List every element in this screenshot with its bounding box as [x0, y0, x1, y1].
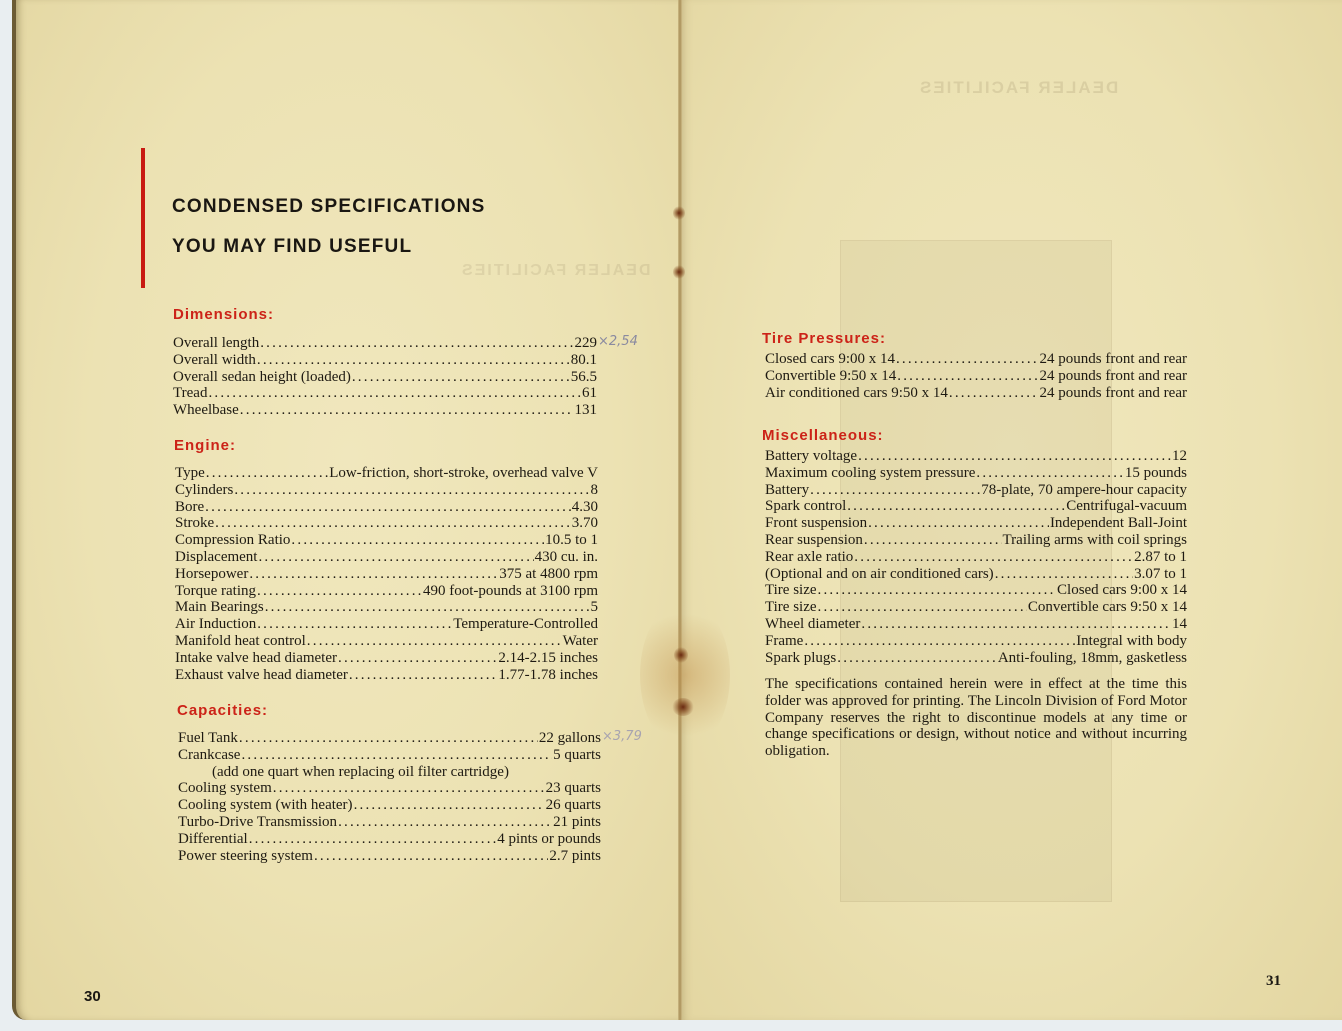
spec-value: Anti-fouling, 18mm, gasketless: [998, 650, 1187, 667]
spec-value: 78-plate, 70 ampere-hour capacity: [981, 482, 1187, 499]
spec-row: Cylinders8: [175, 482, 598, 499]
stain-halo: [640, 600, 730, 750]
spec-label: Convertible 9:50 x 14: [765, 368, 896, 385]
spec-row: Tire sizeConvertible cars 9:50 x 14: [765, 599, 1187, 616]
spec-value: 3.07 to 1: [1134, 566, 1187, 583]
spec-label: Compression Ratio: [175, 532, 290, 549]
spec-value: 15 pounds: [1125, 465, 1187, 482]
spec-value: 430 cu. in.: [535, 549, 598, 566]
spec-row: (Optional and on air conditioned cars)3.…: [765, 566, 1187, 583]
spec-row: Tread61: [173, 385, 597, 402]
spec-row: Closed cars 9:00 x 1424 pounds front and…: [765, 351, 1187, 368]
stain-mark: [673, 206, 685, 220]
spec-row: Turbo-Drive Transmission21 pints: [178, 814, 601, 831]
spec-row: Cooling system (with heater)26 quarts: [178, 797, 601, 814]
spec-row: Bore4.30: [175, 499, 598, 516]
spec-row: Tire sizeClosed cars 9:00 x 14: [765, 582, 1187, 599]
page-number-right: 31: [1266, 973, 1281, 990]
spec-row: Air InductionTemperature-Controlled: [175, 616, 598, 633]
spec-label: Spark control: [765, 498, 846, 515]
spec-row: Maximum cooling system pressure15 pounds: [765, 465, 1187, 482]
section-title-capacities: Capacities:: [177, 702, 268, 719]
spec-row: Differential4 pints or pounds: [178, 831, 601, 848]
spec-row: Horsepower375 at 4800 rpm: [175, 566, 598, 583]
spec-value: 14: [1172, 616, 1187, 633]
spec-row: Air conditioned cars 9:50 x 1424 pounds …: [765, 385, 1187, 402]
spec-row: TypeLow-friction, short-stroke, overhead…: [175, 465, 598, 482]
spec-row: Intake valve head diameter2.14-2.15 inch…: [175, 650, 598, 667]
spec-label: Spark plugs: [765, 650, 836, 667]
spec-value: Closed cars 9:00 x 14: [1057, 582, 1187, 599]
page-number-left: 30: [84, 988, 101, 1005]
spec-value: Independent Ball-Joint: [1050, 515, 1187, 532]
spec-value: 131: [575, 402, 598, 419]
accent-bar: [141, 148, 145, 288]
page-title: CONDENSED SPECIFICATIONS: [172, 196, 485, 218]
spec-label: Cooling system (with heater): [178, 797, 353, 814]
spec-label: Crankcase: [178, 747, 240, 764]
spec-label: Tread: [173, 385, 207, 402]
spec-row: Wheelbase131: [173, 402, 597, 419]
spec-label: Main Bearings: [175, 599, 264, 616]
spec-label: Wheelbase: [173, 402, 239, 419]
spec-row: Manifold heat controlWater: [175, 633, 598, 650]
binding-gutter: [678, 0, 682, 1020]
spec-label: Front suspension: [765, 515, 867, 532]
stain-mark: [673, 265, 685, 279]
spec-value: 8: [591, 482, 599, 499]
spec-value: Integral with body: [1076, 633, 1187, 650]
spec-row: Spark controlCentrifugal-vacuum: [765, 498, 1187, 515]
spec-value: 23 quarts: [546, 780, 601, 797]
spec-label: Tire size: [765, 582, 817, 599]
spec-value: Centrifugal-vacuum: [1066, 498, 1187, 515]
handwritten-note: ×2,54: [598, 334, 638, 349]
spec-note: (add one quart when replacing oil filter…: [178, 764, 601, 781]
spec-value: Low-friction, short-stroke, overhead val…: [329, 465, 598, 482]
spec-label: Intake valve head diameter: [175, 650, 337, 667]
spec-row: Crankcase5 quarts: [178, 747, 601, 764]
spec-row: Overall sedan height (loaded)56.5: [173, 369, 597, 386]
spec-row: Compression Ratio10.5 to 1: [175, 532, 598, 549]
spec-value: 1.77-1.78 inches: [498, 667, 598, 684]
spec-value: 375 at 4800 rpm: [499, 566, 598, 583]
spec-label: Horsepower: [175, 566, 248, 583]
spec-row: Torque rating490 foot-pounds at 3100 rpm: [175, 583, 598, 600]
spec-label: Power steering system: [178, 848, 313, 865]
spec-row: Fuel Tank22 gallons: [178, 730, 601, 747]
spec-row: Rear suspensionTrailing arms with coil s…: [765, 532, 1187, 549]
stain-mark: [674, 647, 688, 663]
spec-value: 5 quarts: [553, 747, 601, 764]
handwritten-note: ×3,79: [602, 729, 642, 744]
spec-label: Overall sedan height (loaded): [173, 369, 351, 386]
spec-list-tire-pressures: Closed cars 9:00 x 1424 pounds front and…: [765, 351, 1187, 401]
spec-row: Wheel diameter14: [765, 616, 1187, 633]
spec-row: Battery78-plate, 70 ampere-hour capacity: [765, 482, 1187, 499]
bleed-through-text: DEALER FACILITIES: [460, 262, 650, 280]
spec-label: Displacement: [175, 549, 257, 566]
spec-label: Maximum cooling system pressure: [765, 465, 975, 482]
spec-list-dimensions: Overall length229 Overall width80.1 Over…: [173, 335, 597, 419]
bleed-through-text: DEALER FACILITIES: [918, 78, 1118, 98]
spec-list-engine: TypeLow-friction, short-stroke, overhead…: [175, 465, 598, 683]
spec-label: (add one quart when replacing oil filter…: [212, 764, 509, 781]
spec-label: Rear suspension: [765, 532, 863, 549]
spec-value: 10.5 to 1: [545, 532, 598, 549]
section-title-engine: Engine:: [174, 437, 236, 454]
spec-row: Overall width80.1: [173, 352, 597, 369]
spec-label: Wheel diameter: [765, 616, 860, 633]
spec-row: Spark plugsAnti-fouling, 18mm, gasketles…: [765, 650, 1187, 667]
spec-row: Exhaust valve head diameter1.77-1.78 inc…: [175, 667, 598, 684]
spec-label: Air Induction: [175, 616, 256, 633]
spec-label: Turbo-Drive Transmission: [178, 814, 337, 831]
spec-label: Differential: [178, 831, 248, 848]
spec-label: Tire size: [765, 599, 817, 616]
spec-value: 229: [575, 335, 598, 352]
spec-label: Air conditioned cars 9:50 x 14: [765, 385, 948, 402]
section-title-dimensions: Dimensions:: [173, 306, 274, 323]
spec-value: 24 pounds front and rear: [1040, 368, 1187, 385]
spec-row: Displacement430 cu. in.: [175, 549, 598, 566]
spec-value: 4 pints or pounds: [497, 831, 601, 848]
spec-label: Fuel Tank: [178, 730, 238, 747]
spec-value: 80.1: [571, 352, 597, 369]
spec-value: 5: [591, 599, 599, 616]
spec-list-miscellaneous: Battery voltage12 Maximum cooling system…: [765, 448, 1187, 666]
spec-row: Cooling system23 quarts: [178, 780, 601, 797]
spec-label: Battery: [765, 482, 809, 499]
spec-value: Trailing arms with coil springs: [1003, 532, 1187, 549]
spec-row: FrameIntegral with body: [765, 633, 1187, 650]
spec-list-capacities: Fuel Tank22 gallons Crankcase5 quarts (a…: [178, 730, 601, 864]
spec-value: 2.7 pints: [549, 848, 601, 865]
spec-value: 26 quarts: [546, 797, 601, 814]
section-title-miscellaneous: Miscellaneous:: [762, 427, 884, 444]
spec-label: Exhaust valve head diameter: [175, 667, 348, 684]
spec-label: Manifold heat control: [175, 633, 306, 650]
spec-label: Rear axle ratio: [765, 549, 853, 566]
spec-row: Power steering system2.7 pints: [178, 848, 601, 865]
spec-label: (Optional and on air conditioned cars): [765, 566, 994, 583]
spec-label: Overall width: [173, 352, 256, 369]
section-title-tire-pressures: Tire Pressures:: [762, 330, 886, 347]
spec-row: Stroke3.70: [175, 515, 598, 532]
spec-label: Closed cars 9:00 x 14: [765, 351, 895, 368]
spec-value: Temperature-Controlled: [453, 616, 598, 633]
spec-label: Bore: [175, 499, 204, 516]
spec-value: 4.30: [572, 499, 598, 516]
spec-label: Cylinders: [175, 482, 233, 499]
spec-value: 21 pints: [553, 814, 601, 831]
spec-label: Torque rating: [175, 583, 256, 600]
spec-value: 22 gallons: [539, 730, 601, 747]
spec-value: 24 pounds front and rear: [1040, 385, 1187, 402]
spec-label: Stroke: [175, 515, 214, 532]
page-subtitle: YOU MAY FIND USEFUL: [172, 236, 412, 258]
spec-value: 56.5: [571, 369, 597, 386]
spec-value: Water: [563, 633, 598, 650]
spec-label: Frame: [765, 633, 803, 650]
spec-value: 490 foot-pounds at 3100 rpm: [423, 583, 598, 600]
spec-value: Convertible cars 9:50 x 14: [1028, 599, 1187, 616]
spec-value: 24 pounds front and rear: [1040, 351, 1187, 368]
spec-label: Type: [175, 465, 205, 482]
spec-label: Cooling system: [178, 780, 272, 797]
spec-row: Main Bearings5: [175, 599, 598, 616]
spec-value: 2.14-2.15 inches: [498, 650, 598, 667]
spec-value: 2.87 to 1: [1134, 549, 1187, 566]
stain-mark: [672, 698, 694, 716]
spec-label: Overall length: [173, 335, 259, 352]
spec-row: Overall length229: [173, 335, 597, 352]
disclaimer-paragraph: The specifications contained herein were…: [765, 676, 1187, 760]
spec-row: Front suspensionIndependent Ball-Joint: [765, 515, 1187, 532]
spec-label: Battery voltage: [765, 448, 857, 465]
spec-value: 61: [582, 385, 597, 402]
spec-row: Rear axle ratio2.87 to 1: [765, 549, 1187, 566]
spec-value: 12: [1172, 448, 1187, 465]
spec-row: Convertible 9:50 x 1424 pounds front and…: [765, 368, 1187, 385]
spec-row: Battery voltage12: [765, 448, 1187, 465]
spec-value: 3.70: [572, 515, 598, 532]
